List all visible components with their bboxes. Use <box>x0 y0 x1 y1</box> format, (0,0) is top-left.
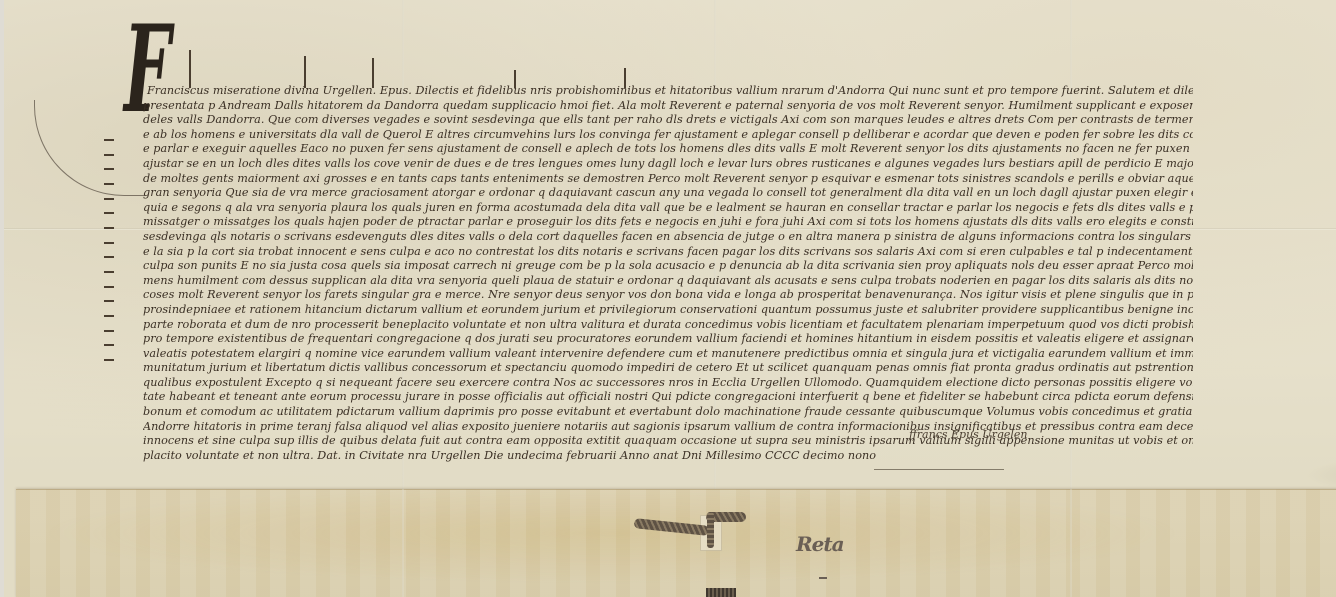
text-line: de moltes gents maiorment axi grosses e … <box>143 172 1193 187</box>
text-line: Franciscus miseratione divina Urgellen. … <box>143 84 1193 99</box>
text-line: prosindepniaee et rationem hitancium dic… <box>143 303 1193 318</box>
margin-mark <box>104 183 114 185</box>
text-line: e ab los homens e universitats dla vall … <box>143 128 1193 143</box>
text-line: valeatis potestatem elargiri q nomine vi… <box>143 347 1193 362</box>
text-line: missatger o missatges los quals hajen po… <box>143 215 1193 230</box>
margin-mark <box>104 315 114 317</box>
registration-flourish <box>819 577 827 579</box>
margin-mark <box>104 300 114 302</box>
margin-mark <box>104 271 114 273</box>
text-line: coses molt Reverent senyor los farets si… <box>143 288 1193 303</box>
text-line: pro tempore existentibus de frequentari … <box>143 332 1193 347</box>
registration-mark: Reta <box>796 532 844 556</box>
margin-mark <box>104 344 114 346</box>
text-line: ajustar se en un loch dles dites valls l… <box>143 157 1193 172</box>
plica-fold <box>16 489 1336 597</box>
ascender-flourish <box>189 50 191 88</box>
bishop-signature: ffrancs Epus Urgelen <box>909 428 1028 441</box>
margin-mark <box>104 168 114 170</box>
text-line: mens humilment com dessus supplican ala … <box>143 274 1193 289</box>
charter-text: Franciscus miseratione divina Urgellen. … <box>143 84 1193 463</box>
text-line: tate habeant et teneant ante eorum proce… <box>143 390 1193 405</box>
text-line: sesdevinga qls notaris o scrivans esdeve… <box>143 230 1193 245</box>
text-line: presentata p Andream Dalls hitatorem da … <box>143 99 1193 114</box>
margin-mark <box>104 227 114 229</box>
text-line: qualibus expostulent Excepto q si nequea… <box>143 376 1193 391</box>
margin-mark <box>104 212 114 214</box>
text-line: quia e segons q ala vra senyoria plaura … <box>143 201 1193 216</box>
fold-crease-vertical <box>1070 489 1072 597</box>
margin-mark <box>104 256 114 258</box>
fold-crease-vertical <box>402 489 404 597</box>
text-line: bonum et comodum ac utilitatem pdictarum… <box>143 405 1193 420</box>
margin-mark <box>104 359 114 361</box>
text-line: placito voluntate et non ultra. Dat. in … <box>143 449 913 464</box>
text-line: munitatum jurium et libertatum dictis va… <box>143 361 1193 376</box>
seal-cord-end <box>706 588 736 597</box>
parchment-sheet: F Franciscus miseratione divina Urgellen… <box>4 0 1336 597</box>
text-line: innocens et sine culpa sup illis de quib… <box>143 434 1193 449</box>
text-line: e la sia p la cort sia trobat innocent e… <box>143 245 1193 260</box>
margin-mark <box>104 198 114 200</box>
text-line: deles valls Dandorra. Que com diverses v… <box>143 113 1193 128</box>
text-line: parte roborata et dum de nro processerit… <box>143 318 1193 333</box>
margin-mark <box>104 139 114 141</box>
initial-flourish <box>34 100 145 196</box>
signature-flourish <box>874 445 1004 470</box>
margin-mark <box>104 286 114 288</box>
text-line: gran senyoria Que sia de vra merce graci… <box>143 186 1193 201</box>
margin-mark <box>104 154 114 156</box>
margin-mark <box>104 330 114 332</box>
seal-cord <box>707 512 714 548</box>
text-line: e parlar e exeguir aquelles Eaco no puxe… <box>143 142 1193 157</box>
text-line: culpa son punits E no sia justa cosa que… <box>143 259 1193 274</box>
margin-mark <box>104 242 114 244</box>
text-line: Andorre hitatoris in prime teranj falsa … <box>143 420 1193 435</box>
